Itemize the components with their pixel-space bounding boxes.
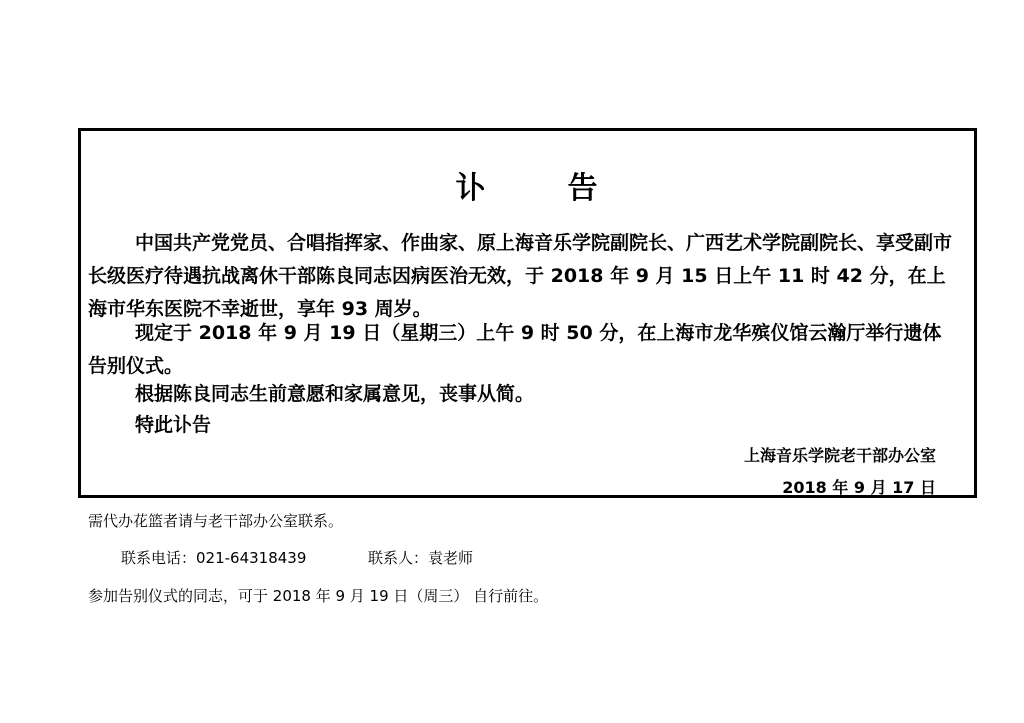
notice-paragraph-3: 根据陈良同志生前意愿和家属意见，丧事从简。 <box>88 378 958 411</box>
notice-paragraph-4: 特此讣告 <box>88 409 958 442</box>
signature-organization: 上海音乐学院老干部办公室 <box>744 443 936 466</box>
signature-date: 2018 年 9 月 17 日 <box>782 475 936 498</box>
footer-attendance-note: 参加告别仪式的同志，可于 2018 年 9 月 19 日（周三） 自行前往。 <box>88 585 548 606</box>
footer-contact-phone: 联系电话：021-64318439 <box>121 547 306 568</box>
footer-flower-basket-note: 需代办花篮者请与老干部办公室联系。 <box>88 510 343 531</box>
title-char-2: 告 <box>568 163 600 207</box>
title-char-1: 讣 <box>456 163 488 207</box>
obituary-notice-box: 讣告 中国共产党党员、合唱指挥家、作曲家、原上海音乐学院副院长、广西艺术学院副院… <box>78 128 977 498</box>
notice-paragraph-2: 现定于 2018 年 9 月 19 日（星期三）上午 9 时 50 分，在上海市… <box>88 317 958 383</box>
footer-contact-person: 联系人：袁老师 <box>368 547 473 568</box>
notice-title: 讣告 <box>81 163 974 207</box>
notice-paragraph-1: 中国共产党党员、合唱指挥家、作曲家、原上海音乐学院副院长、广西艺术学院副院长、享… <box>88 227 958 326</box>
